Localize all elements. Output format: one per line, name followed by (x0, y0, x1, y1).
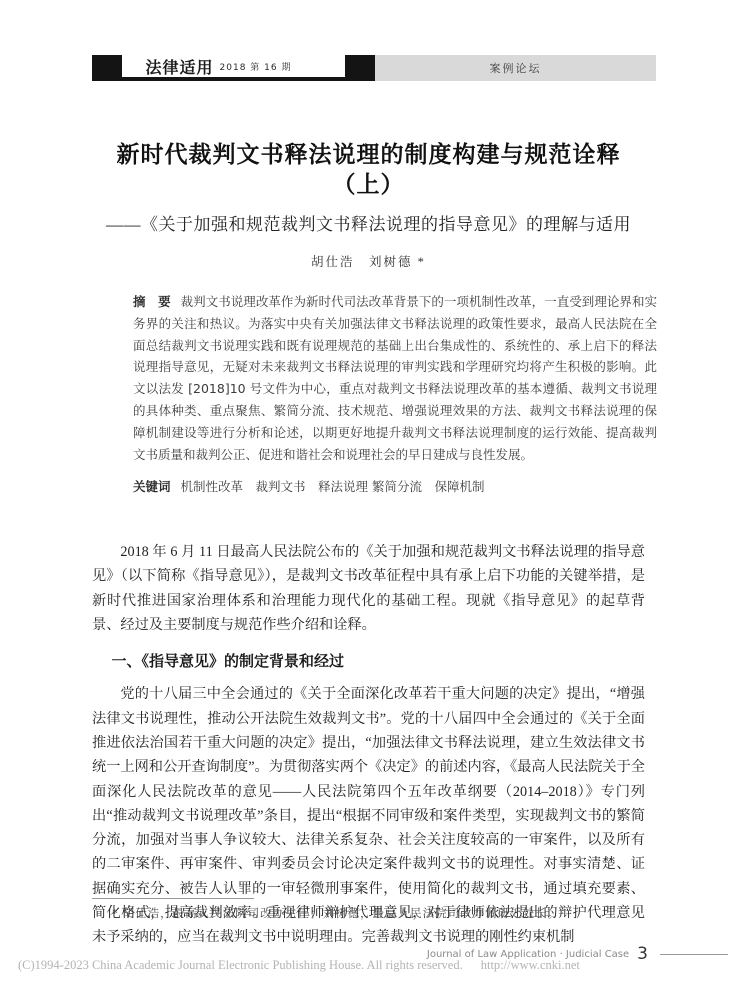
copyright-text: (C)1994-2023 China Academic Journal Elec… (18, 958, 463, 972)
article-subtitle: ——《关于加强和规范裁判文书释法说理的指导意见》的理解与适用 (92, 213, 645, 237)
footer-rule (660, 954, 728, 955)
abstract-block: 摘 要裁判文书说理改革作为新时代司法改革背景下的一项机制性改革，一直受到理论界和… (133, 291, 657, 498)
section-heading: 一、《指导意见》的制定背景和经过 (92, 650, 645, 671)
cnki-url: http://www.cnki.net (481, 958, 580, 972)
page-number: 3 (637, 944, 648, 964)
footnote-separator (92, 898, 254, 899)
column-name: 案例论坛 (490, 60, 542, 76)
footnote-text: * 胡仕浩，最高人民法院司改办主任；刘树德，最高人民法院司改办调研处处长。 (92, 905, 645, 921)
body-paragraph: 2018 年 6 月 11 日最高人民法院公布的《关于加强和规范裁判文书释法说理… (92, 540, 645, 637)
journal-issue: 2018 第 16 期 (220, 60, 292, 73)
header-journal-segment: 法律适用 2018 第 16 期 (92, 55, 345, 81)
abstract-paragraph: 摘 要裁判文书说理改革作为新时代司法改革背景下的一项机制性改革，一直受到理论界和… (133, 291, 657, 465)
header-left-black-block (92, 55, 122, 77)
footnote-area: * 胡仕浩，最高人民法院司改办主任；刘树德，最高人民法院司改办调研处处长。 (92, 898, 645, 921)
journal-name: 法律适用 (146, 55, 214, 78)
header-mid-black-block (345, 55, 375, 81)
keywords-label: 关键词 (133, 479, 171, 494)
keywords-text: 机制性改革 裁判文书 释法说理 繁简分流 保障机制 (181, 479, 485, 494)
page-header: 法律适用 2018 第 16 期 案例论坛 (92, 55, 656, 81)
keywords-row: 关键词机制性改革 裁判文书 释法说理 繁简分流 保障机制 (133, 476, 657, 498)
abstract-label: 摘 要 (133, 294, 171, 309)
article-title: 新时代裁判文书释法说理的制度构建与规范诠释（上） (92, 140, 645, 200)
article-authors: 胡仕浩 刘树德 * (92, 252, 645, 270)
article-content: 新时代裁判文书释法说理的制度构建与规范诠释（上） ——《关于加强和规范裁判文书释… (92, 140, 645, 950)
journal-page: 法律适用 2018 第 16 期 案例论坛 新时代裁判文书释法说理的制度构建与规… (0, 0, 732, 999)
copyright-line: (C)1994-2023 China Academic Journal Elec… (18, 958, 580, 973)
header-column-segment: 案例论坛 (375, 55, 656, 81)
abstract-text: 裁判文书说理改革作为新时代司法改革背景下的一项机制性改革，一直受到理论界和实务界… (133, 294, 657, 462)
